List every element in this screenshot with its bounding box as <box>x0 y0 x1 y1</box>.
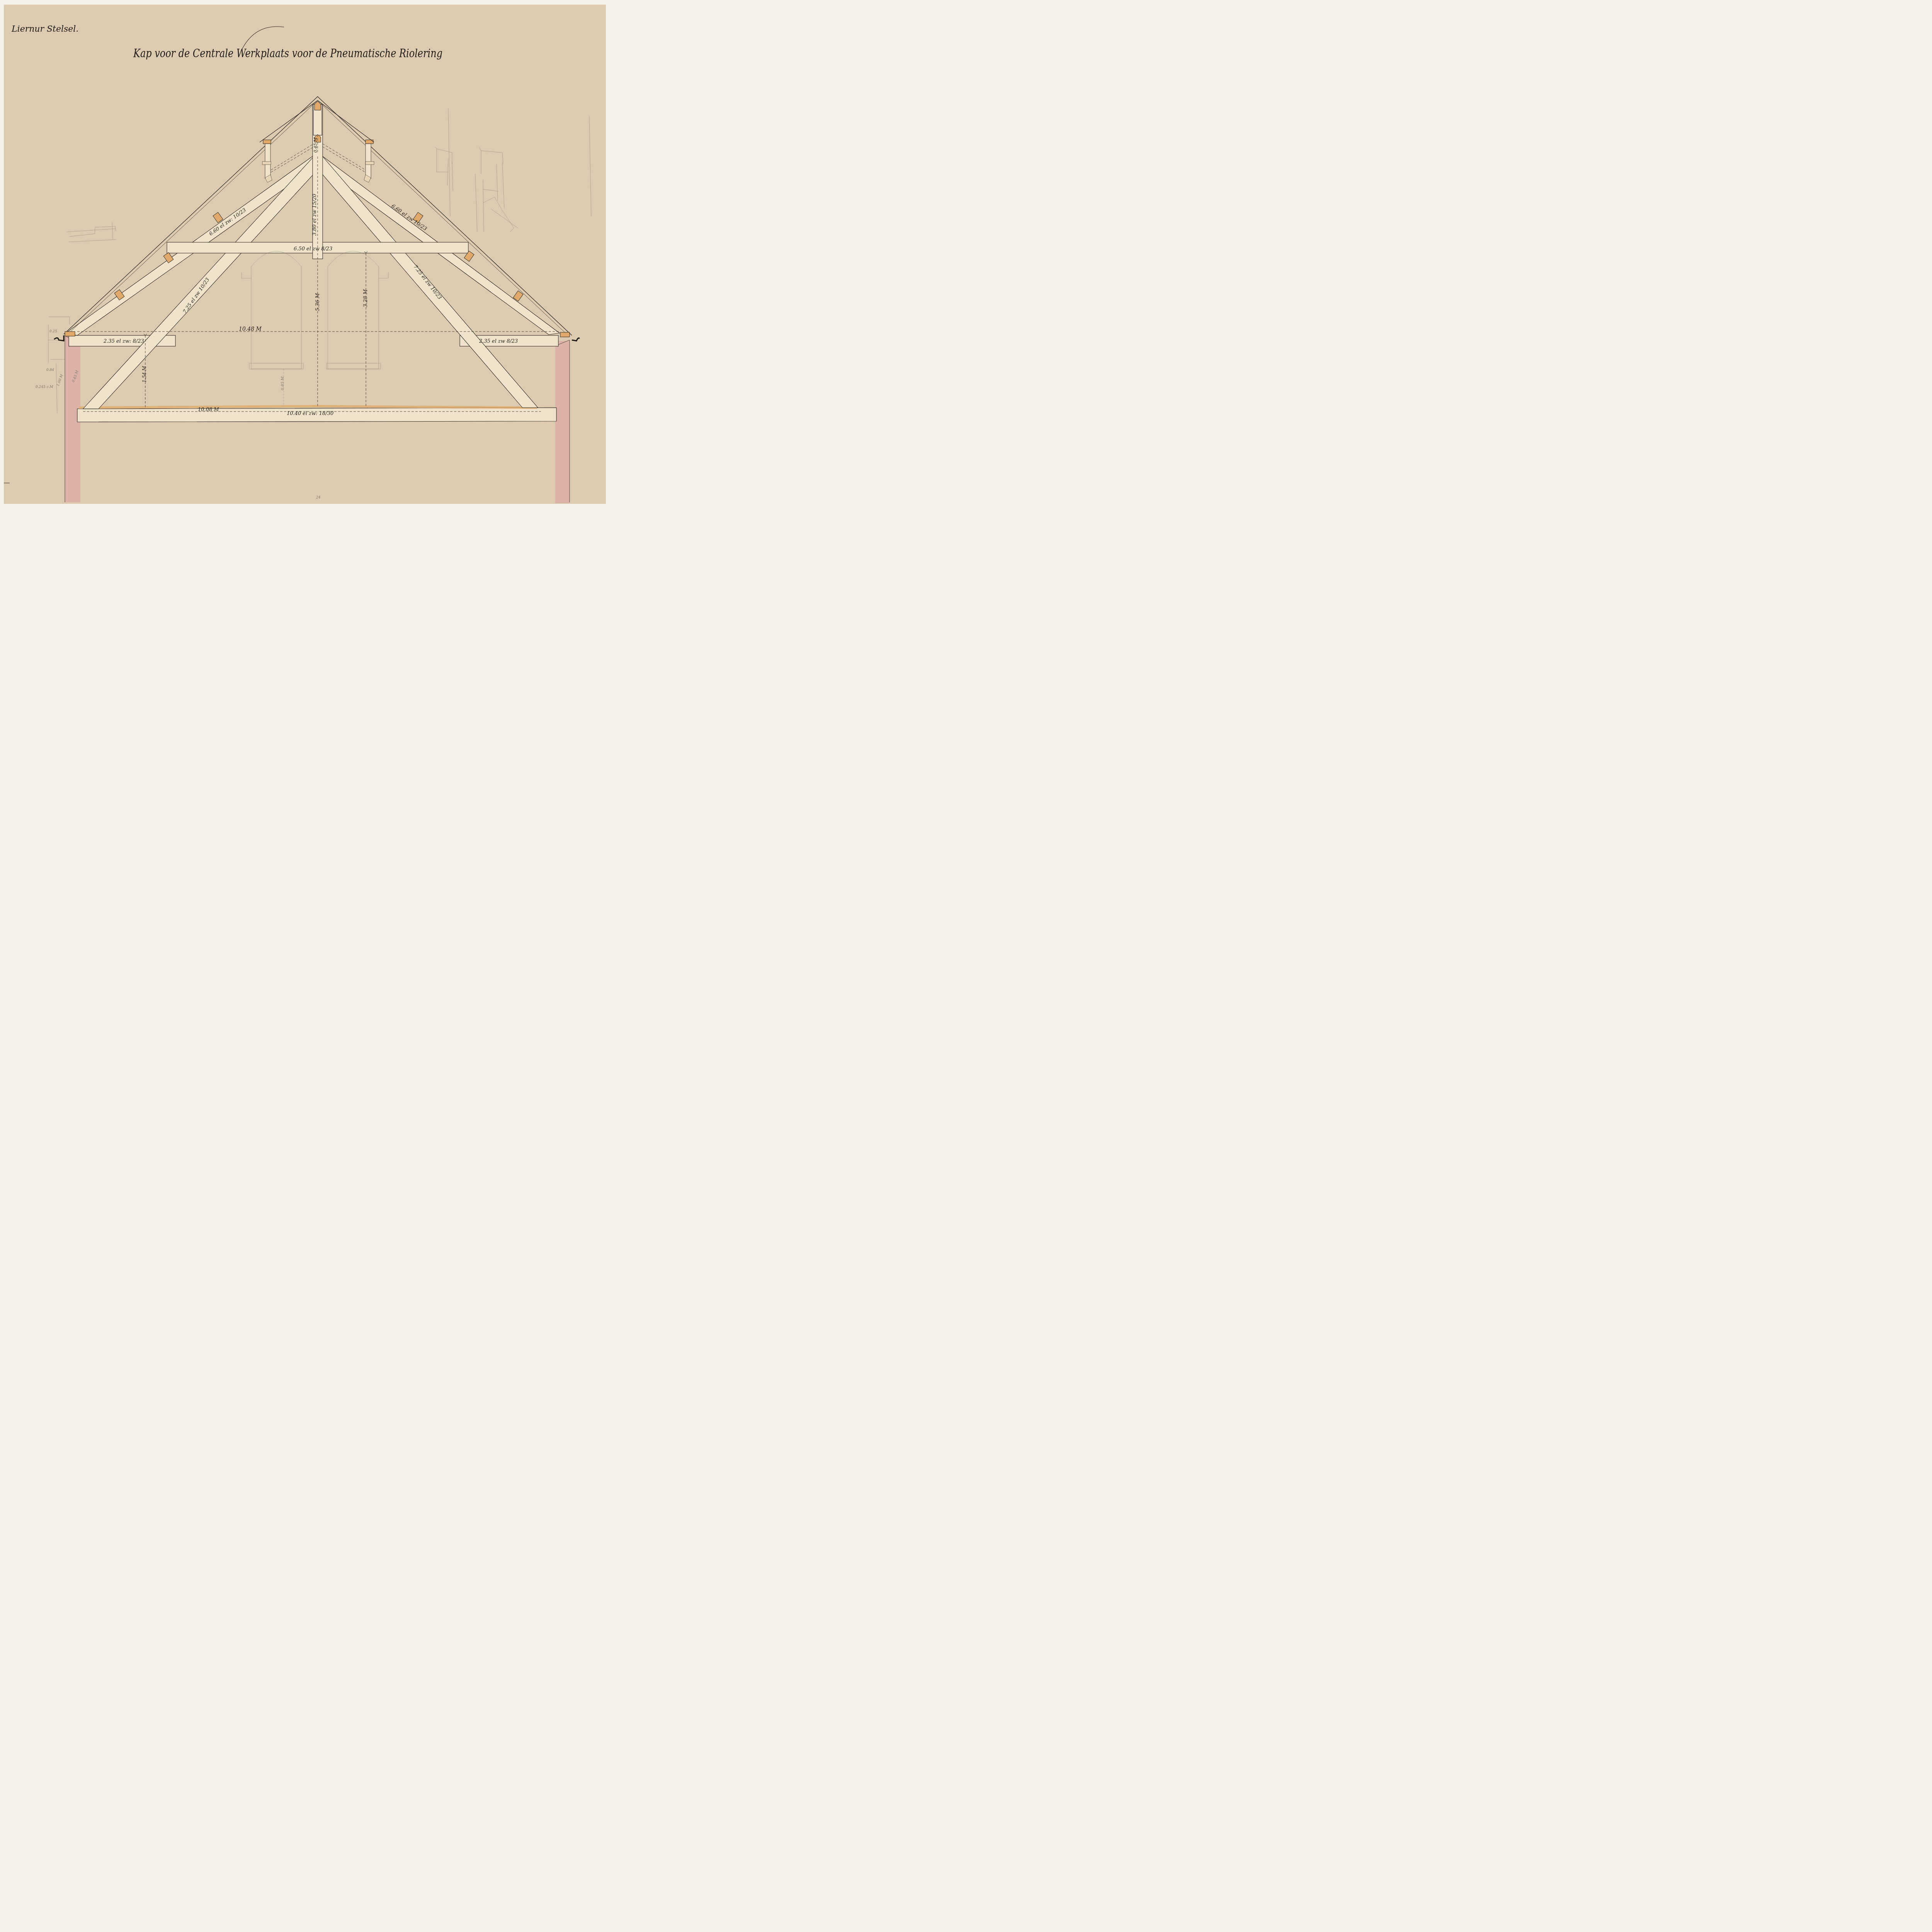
label-tie-beam: 10.40 el zw: 18/30 <box>287 411 333 417</box>
label-height-left: 1.54 M <box>142 366 147 383</box>
pencil-note-cornice: 0.84 <box>46 368 54 372</box>
label-height-collar: 3.28 M <box>363 289 369 307</box>
label-wall-plate-right: 2.35 el zw 8/23 <box>479 338 518 344</box>
drawing-title: Kap voor de Centrale Werkplaats voor de … <box>133 47 442 60</box>
pencil-note-gutter-a: 0.25 <box>49 330 57 333</box>
label-collar-beam: 6.50 el zw 8/23 <box>294 246 332 252</box>
page-mark: 24 <box>316 496 321 500</box>
drawing-sheet: Liernur Stelsel. Kap voor de Centrale We… <box>0 0 606 507</box>
label-king-post: 3.80 el zw 15/20 <box>312 194 318 236</box>
truss-drawing: Liernur Stelsel. Kap voor de Centrale We… <box>0 0 606 507</box>
masonry-wall-right <box>555 341 570 503</box>
label-king-post-top: 0.45 M <box>313 137 318 153</box>
pencil-note-gutter-b: 0.245 c.M <box>36 385 54 389</box>
label-span-inner: 10.08 M <box>198 407 219 413</box>
header-note: Liernur Stelsel. <box>11 24 78 34</box>
label-wall-plate-left: 2.35 el zw: 8/23 <box>103 338 144 344</box>
label-height-window: 0.85 M <box>281 376 285 390</box>
label-height-center: 5.36 M <box>315 293 321 311</box>
paper <box>4 5 606 504</box>
label-span-top: 10.48 M <box>239 326 262 332</box>
